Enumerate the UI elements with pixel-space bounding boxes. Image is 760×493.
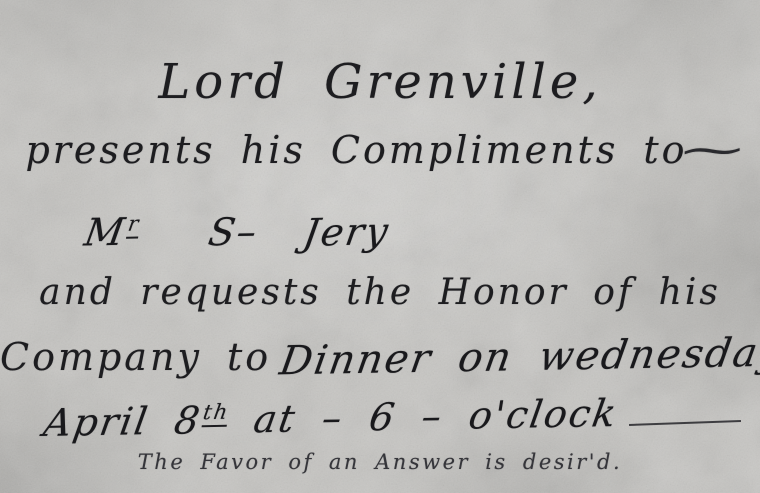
guest-prefix: Mr	[81, 210, 142, 255]
request-text: and requests the Honor of his	[39, 272, 721, 313]
pen-flourish: ⁓	[681, 128, 747, 172]
invitation-card: Lord Grenville, presents his Compliments…	[0, 0, 760, 493]
rsvp-line: The Favor of an Answer is desir'd.	[0, 450, 760, 474]
request-line: and requests the Honor of his	[0, 272, 760, 313]
date-superscript: th	[201, 400, 231, 427]
guest-surname: Jery	[301, 209, 394, 254]
guest-initial: S–	[205, 210, 261, 255]
host-name: Lord Grenville,	[158, 54, 601, 110]
company-line: Company toDinner on wednesday	[0, 334, 760, 380]
host-name-line: Lord Grenville,	[0, 54, 760, 110]
compliments-text: presents his Compliments to	[25, 128, 687, 172]
guest-name-line: Mr S– Jery	[85, 210, 390, 254]
company-handwritten-text: Dinner on wednesday	[277, 330, 760, 385]
rsvp-text: The Favor of an Answer is desir'd.	[138, 450, 622, 474]
pen-stroke-underline	[629, 420, 741, 426]
compliments-line: presents his Compliments to⁓	[0, 128, 760, 172]
date-text: April 8th at – 6 – o'clock	[41, 391, 621, 445]
company-engraved-text: Company to	[0, 335, 271, 379]
date-line: April 8th at – 6 – o'clock	[45, 396, 741, 440]
